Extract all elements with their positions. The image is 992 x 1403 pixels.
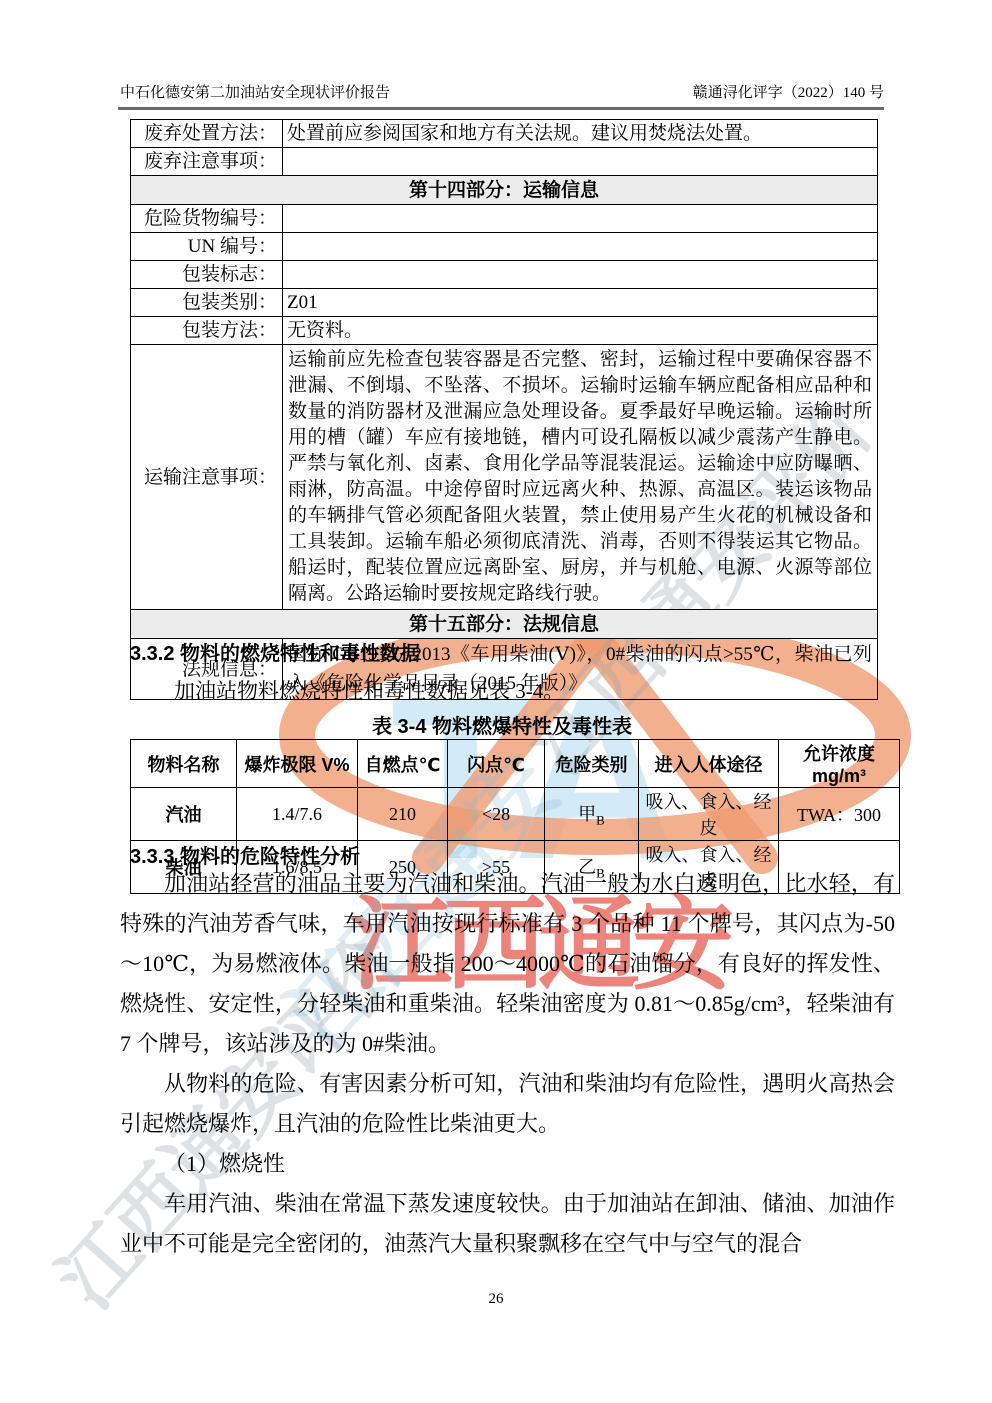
- table-row: 运输注意事项： 运输前应先检查包装容器是否完整、密封，运输过程中要确保容器不泄漏…: [131, 345, 878, 610]
- table-3-4-title: 表 3-4 物料燃爆特性及毒性表: [120, 710, 884, 739]
- heading-3-3-2: 3.3.2 物料的燃烧特性和毒性数据: [130, 637, 420, 666]
- column-header: 物料名称: [131, 740, 237, 788]
- table-row: 废弃处置方法： 处置前应参阅国家和地方有关法规。建议用焚烧法处置。: [131, 120, 878, 148]
- paragraph: 从物料的危险、有害因素分析可知，汽油和柴油均有危险性，遇明火高热会引起燃烧爆炸，…: [120, 1064, 895, 1144]
- field-label: 包装方法：: [131, 317, 283, 345]
- paragraph: 加油站经营的油品主要为汽油和柴油。汽油一般为水白透明色，比水轻，有特殊的汽油芳香…: [120, 864, 895, 1064]
- flash-point: <28: [448, 788, 545, 841]
- table-header-row: 物料名称 爆炸极限 V% 自燃点℃ 闪点℃ 危险类别 进入人体途径 允许浓度 m…: [131, 740, 900, 788]
- running-header: 中石化德安第二加油站安全现状评价报告 赣通浔化评字（2022）140 号: [120, 84, 884, 102]
- section-3-3-3-body: 加油站经营的油品主要为汽油和柴油。汽油一般为水白透明色，比水轻，有特殊的汽油芳香…: [120, 864, 895, 1264]
- field-value: 无资料。: [283, 317, 878, 345]
- page-content: 中石化德安第二加油站安全现状评价报告 赣通浔化评字（2022）140 号 废弃处…: [0, 0, 992, 1403]
- field-value: Z01: [283, 289, 878, 317]
- header-doc-number: 赣通浔化评字（2022）140 号: [693, 84, 884, 102]
- allowed-concentration: TWA：300: [779, 788, 900, 841]
- field-label: 包装标志：: [131, 261, 283, 289]
- document-page: TA 江西通安 江西通安评价 江西通安评价 江西通安 中石化德安第二加油站安全现…: [0, 0, 992, 1403]
- table-row: UN 编号：: [131, 233, 878, 261]
- field-value: [283, 205, 878, 233]
- field-value: 处置前应参阅国家和地方有关法规。建议用焚烧法处置。: [283, 120, 878, 148]
- field-value: 运输前应先检查包装容器是否完整、密封，运输过程中要确保容器不泄漏、不倒塌、不坠落…: [283, 345, 878, 610]
- section-header-row: 第十四部分：运输信息: [131, 176, 878, 205]
- autoignition-temp: 210: [358, 788, 448, 841]
- column-header: 爆炸极限 V%: [237, 740, 358, 788]
- column-header: 自燃点℃: [358, 740, 448, 788]
- section-header-row: 第十五部分：法规信息: [131, 610, 878, 639]
- field-value: [283, 148, 878, 176]
- section-title: 第十四部分：运输信息: [131, 176, 878, 205]
- column-header: 危险类别: [545, 740, 639, 788]
- field-value: [283, 233, 878, 261]
- msds-transport-law-table: 废弃处置方法： 处置前应参阅国家和地方有关法规。建议用焚烧法处置。 废弃注意事项…: [130, 119, 878, 700]
- table-row: 危险货物编号：: [131, 205, 878, 233]
- header-report-title: 中石化德安第二加油站安全现状评价报告: [120, 84, 390, 102]
- column-header: 允许浓度 mg/m³: [779, 740, 900, 788]
- table-row: 废弃注意事项：: [131, 148, 878, 176]
- field-label: 废弃处置方法：: [131, 120, 283, 148]
- field-label: 危险货物编号：: [131, 205, 283, 233]
- section-3-3-2-intro: 加油站物料燃烧特性和毒性数据见表 3-4。: [130, 675, 564, 705]
- hazard-class-sub: B: [596, 812, 605, 827]
- column-header: 闪点℃: [448, 740, 545, 788]
- explosive-limit: 1.4/7.6: [237, 788, 358, 841]
- field-label: UN 编号：: [131, 233, 283, 261]
- entry-routes: 吸入、食入、经皮: [639, 788, 779, 841]
- section-title: 第十五部分：法规信息: [131, 610, 878, 639]
- hazard-class-main: 甲: [578, 804, 596, 824]
- field-label: 废弃注意事项：: [131, 148, 283, 176]
- table-row: 汽油 1.4/7.6 210 <28 甲B 吸入、食入、经皮 TWA：300: [131, 788, 900, 841]
- header-rule: [118, 107, 884, 110]
- field-label: 运输注意事项：: [131, 345, 283, 610]
- material-name: 汽油: [131, 788, 237, 841]
- table-row: 包装方法： 无资料。: [131, 317, 878, 345]
- table-row: 包装类别： Z01: [131, 289, 878, 317]
- paragraph: （1）燃烧性: [120, 1144, 895, 1184]
- table-row: 包装标志：: [131, 261, 878, 289]
- paragraph: 车用汽油、柴油在常温下蒸发速度较快。由于加油站在卸油、储油、加油作业中不可能是完…: [120, 1184, 895, 1264]
- column-header: 进入人体途径: [639, 740, 779, 788]
- field-value: [283, 261, 878, 289]
- page-number: 26: [0, 1291, 992, 1308]
- hazard-class: 甲B: [545, 788, 639, 841]
- field-label: 包装类别：: [131, 289, 283, 317]
